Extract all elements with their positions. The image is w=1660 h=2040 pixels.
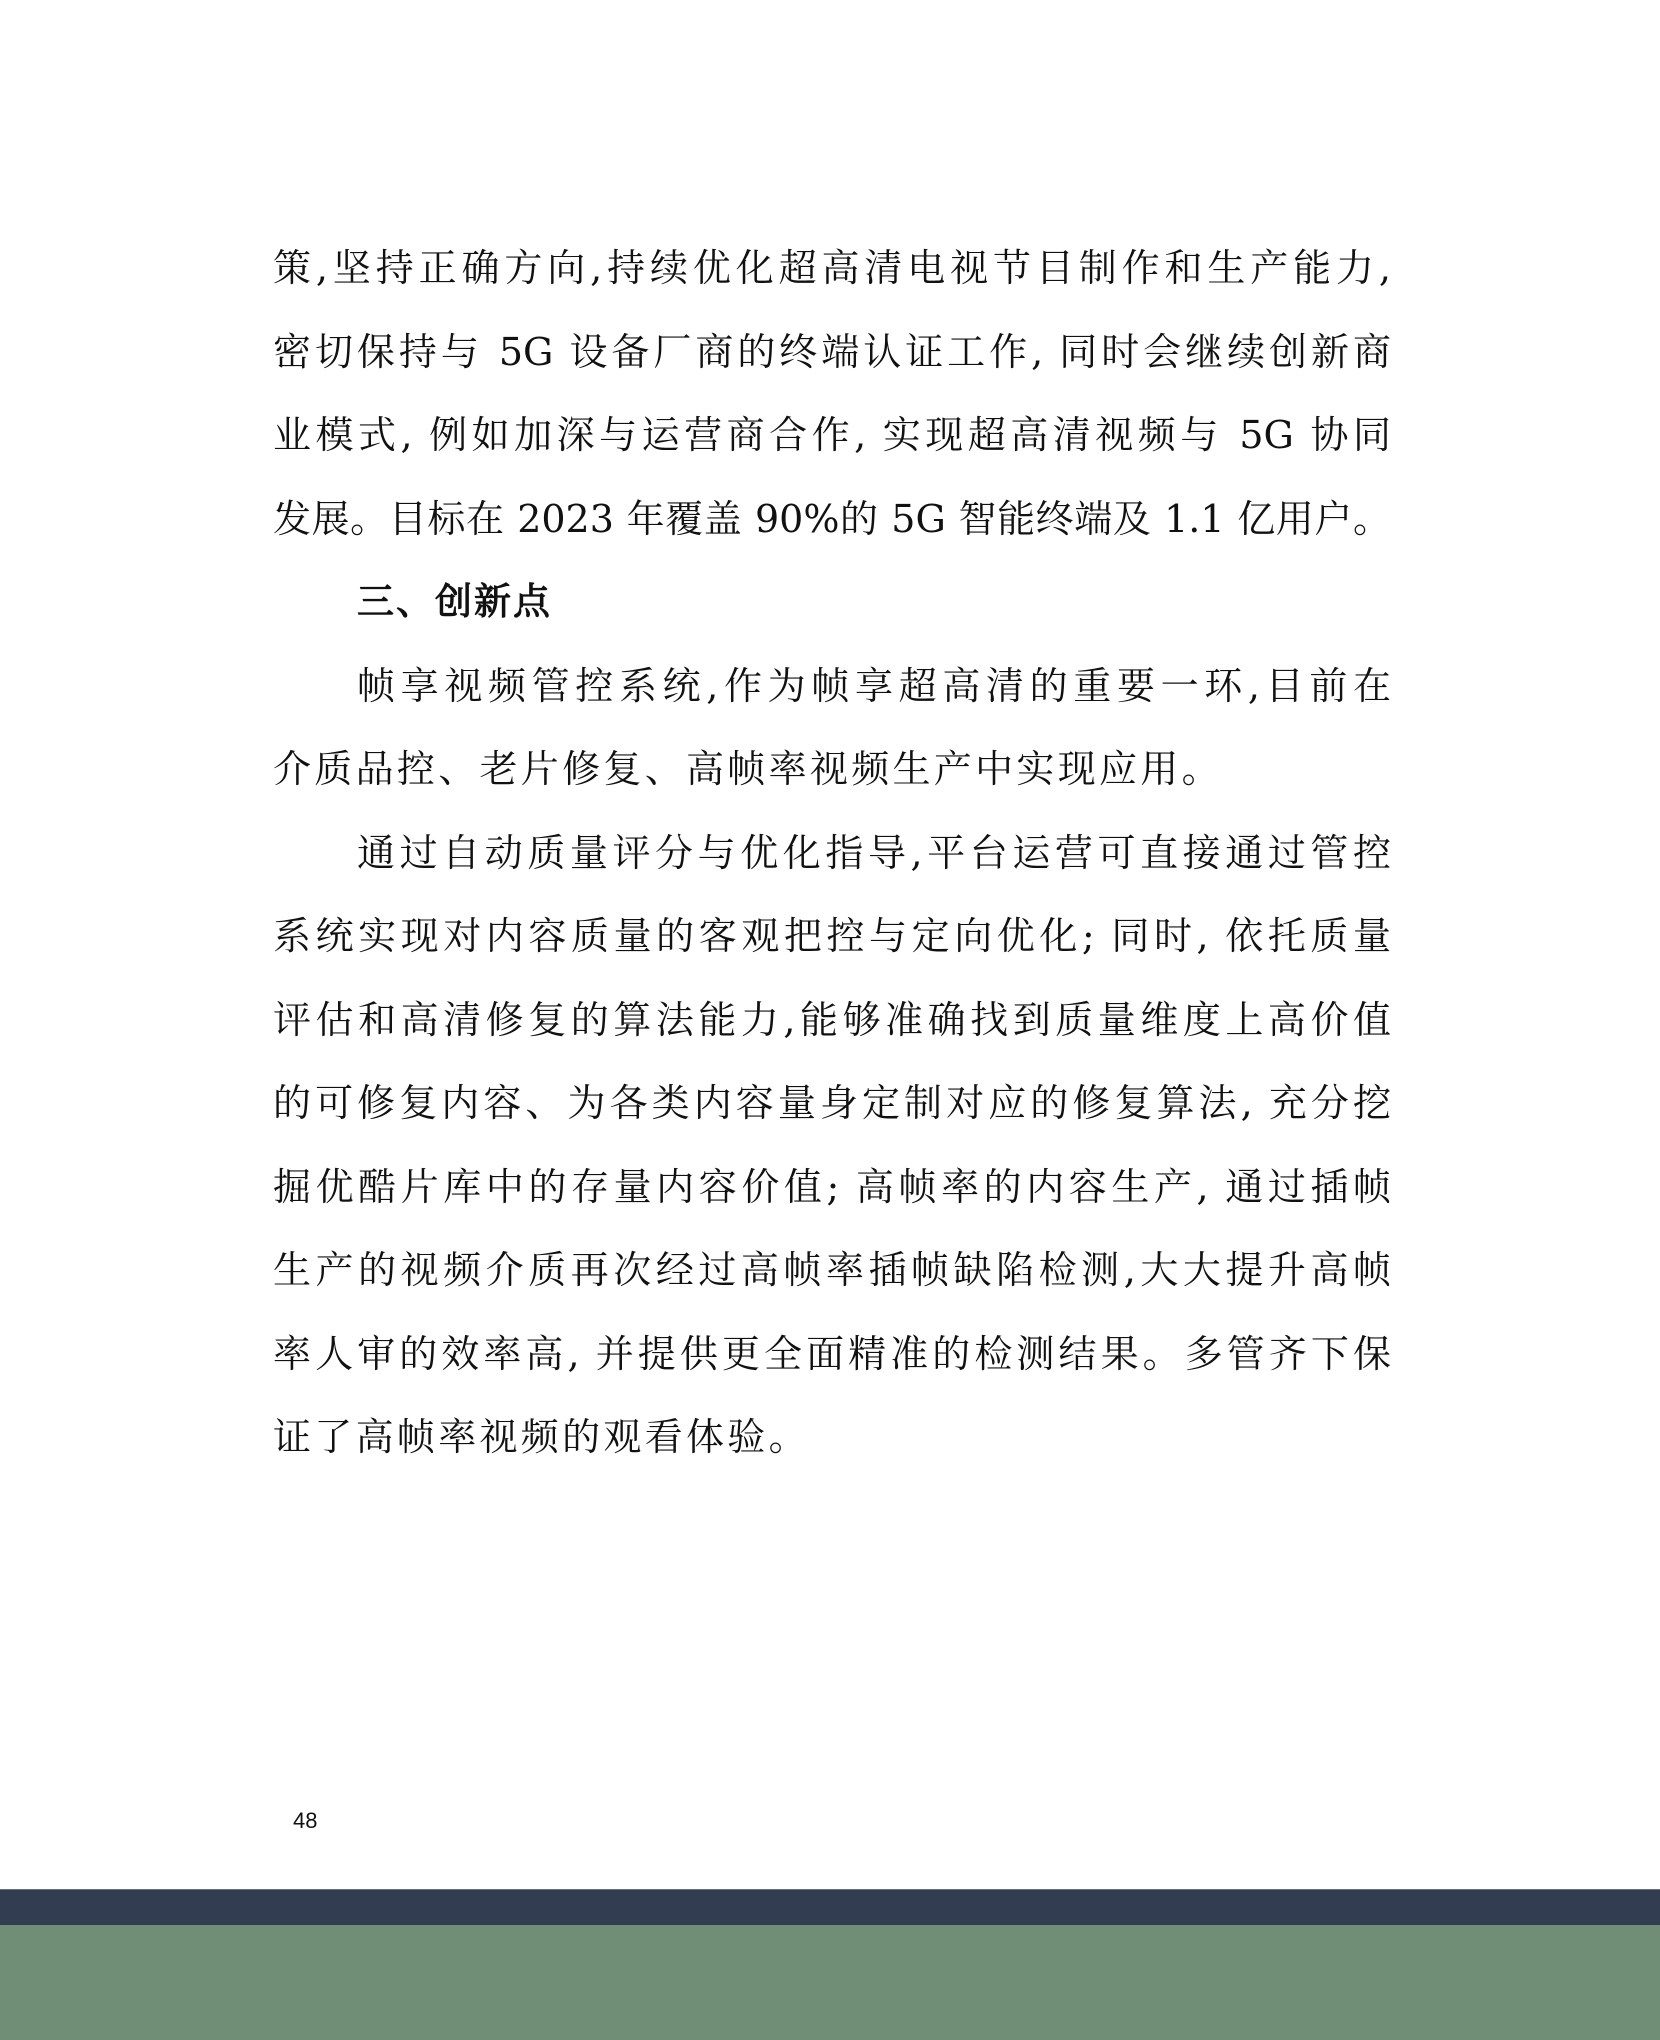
text-line: 帧享视频管控系统,作为帧享超高清的重要一环,目前在 [273, 658, 1391, 742]
text-line: 密切保持与 5G 设备厂商的终端认证工作, 同时会继续创新商 [273, 324, 1391, 408]
text-line: 评估和高清修复的算法能力,能够准确找到质量维度上高价值 [273, 992, 1391, 1076]
paragraph-system-intro: 帧享视频管控系统,作为帧享超高清的重要一环,目前在 介质品控、老片修复、高帧率视… [273, 658, 1391, 825]
document-body: 策,坚持正确方向,持续优化超高清电视节目制作和生产能力, 密切保持与 5G 设备… [273, 240, 1391, 1493]
page-number: 48 [293, 1808, 317, 1834]
text-line: 介质品控、老片修复、高帧率视频生产中实现应用。 [273, 741, 1391, 825]
section-heading-innovation: 三、创新点 [273, 574, 1391, 658]
text-line: 证了高帧率视频的观看体验。 [273, 1409, 1391, 1493]
text-line: 发展。目标在 2023 年覆盖 90%的 5G 智能终端及 1.1 亿用户。 [273, 491, 1391, 575]
document-page: 策,坚持正确方向,持续优化超高清电视节目制作和生产能力, 密切保持与 5G 设备… [0, 0, 1660, 2040]
text-line: 率人审的效率高, 并提供更全面精准的检测结果。多管齐下保 [273, 1326, 1391, 1410]
footer-base [0, 1925, 1660, 2040]
text-line: 生产的视频介质再次经过高帧率插帧缺陷检测,大大提升高帧 [273, 1242, 1391, 1326]
paragraph-quality-control: 通过自动质量评分与优化指导,平台运营可直接通过管控 系统实现对内容质量的客观把控… [273, 825, 1391, 1493]
text-line: 策,坚持正确方向,持续优化超高清电视节目制作和生产能力, [273, 240, 1391, 324]
footer-band [0, 1889, 1660, 1926]
text-line: 通过自动质量评分与优化指导,平台运营可直接通过管控 [273, 825, 1391, 909]
text-line: 掘优酷片库中的存量内容价值; 高帧率的内容生产, 通过插帧 [273, 1159, 1391, 1243]
text-line: 系统实现对内容质量的客观把控与定向优化; 同时, 依托质量 [273, 908, 1391, 992]
paragraph-continuation: 策,坚持正确方向,持续优化超高清电视节目制作和生产能力, 密切保持与 5G 设备… [273, 240, 1391, 574]
section-heading: 三、创新点 [273, 574, 1391, 658]
text-line: 业模式, 例如加深与运营商合作, 实现超高清视频与 5G 协同 [273, 407, 1391, 491]
text-line: 的可修复内容、为各类内容量身定制对应的修复算法, 充分挖 [273, 1075, 1391, 1159]
